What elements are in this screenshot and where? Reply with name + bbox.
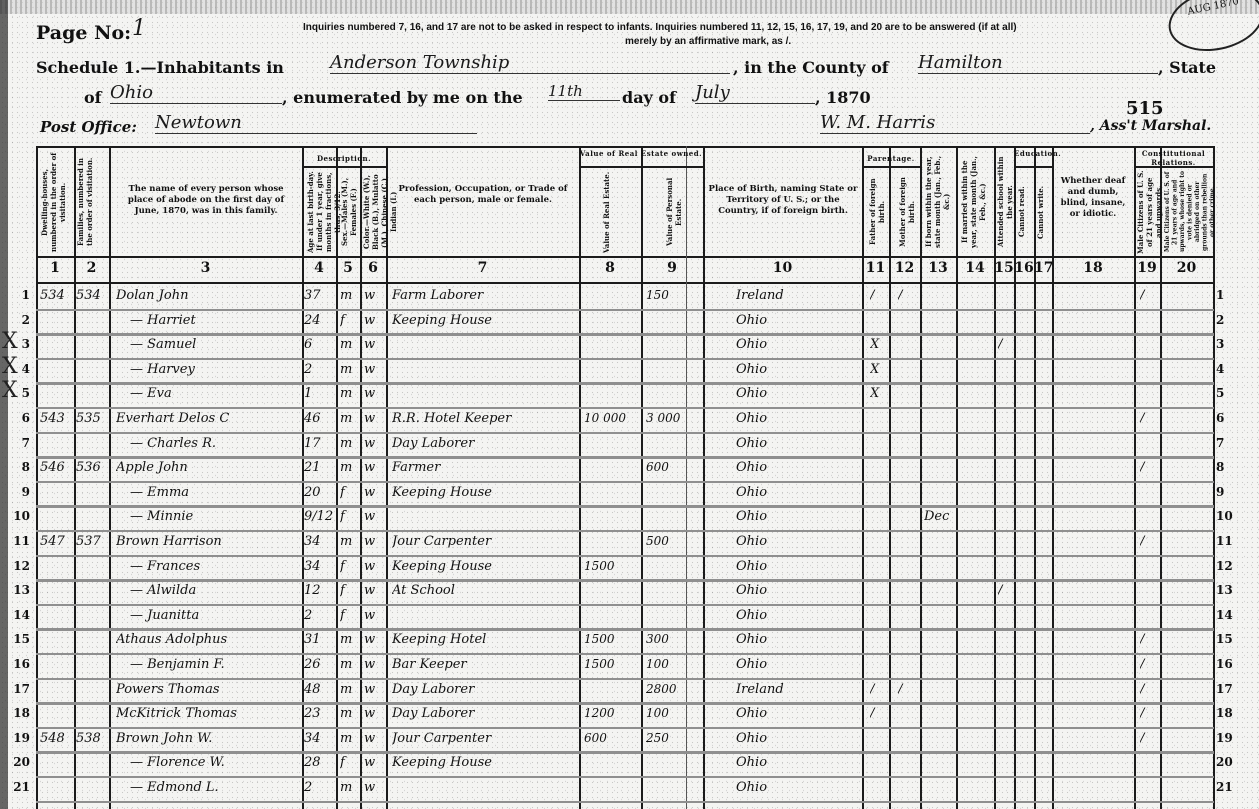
person-name: — Alwilda: [116, 583, 314, 598]
stamp-text: AUG 1870: [1186, 0, 1239, 18]
birthplace: Ohio: [736, 313, 860, 328]
post-office-label: Post Office:: [40, 118, 137, 136]
real-estate-value: 1500: [584, 632, 640, 646]
age: 34: [304, 559, 334, 574]
table-row: 33X— Samuel6mwOhioX/: [36, 335, 1214, 360]
col-num-8: 8: [579, 260, 641, 276]
table-row: 22— Harriet24fwKeeping HouseOhio: [36, 311, 1214, 336]
line-number-right: 1: [1216, 288, 1244, 302]
county-label: , in the County of: [733, 58, 889, 77]
personal-estate-value: 100: [646, 657, 700, 671]
age: 48: [304, 682, 334, 697]
state-field: Ohio: [110, 82, 282, 104]
color: w: [364, 731, 384, 746]
age: 12: [304, 583, 334, 598]
line-number: 1: [8, 288, 30, 302]
line-number-right: 14: [1216, 608, 1244, 622]
line-number: 21: [8, 780, 30, 794]
line-number: 8: [8, 460, 30, 474]
col-num-3: 3: [109, 260, 302, 276]
col-num-4: 4: [302, 260, 336, 276]
person-name: — Florence W.: [116, 755, 314, 770]
line-number: 18: [8, 706, 30, 720]
person-name: Apple John: [116, 460, 300, 475]
birthplace: Ohio: [736, 534, 860, 549]
mother-foreign-mark: /: [898, 288, 916, 303]
birthplace: Ohio: [736, 436, 860, 451]
personal-estate-value: 100: [646, 706, 700, 720]
census-table: Description. Value of Real Estate owned.…: [36, 146, 1214, 809]
color: w: [364, 632, 384, 647]
citizen-mark: /: [1140, 411, 1158, 426]
occupation: Day Laborer: [392, 436, 578, 451]
sex: f: [340, 559, 358, 574]
day-field: 11th: [548, 82, 620, 101]
line-number: 2: [8, 313, 30, 327]
line-number: 19: [8, 731, 30, 745]
table-row: 88546536Apple John21mwFarmer600Ohio/: [36, 458, 1214, 483]
col-num-9: 9: [641, 260, 703, 276]
age: 34: [304, 731, 334, 746]
page-number-label: Page No:: [36, 22, 131, 44]
line-number-right: 8: [1216, 460, 1244, 474]
sex: f: [340, 313, 358, 328]
father-foreign-mark: /: [870, 288, 888, 303]
table-top-border: [36, 146, 1214, 148]
occupation: Keeping House: [392, 313, 578, 328]
header-divider: [36, 256, 1214, 258]
age: 21: [304, 460, 334, 475]
personal-estate-value: 600: [646, 460, 700, 474]
page-number-value: 1: [132, 16, 146, 41]
sex: m: [340, 534, 358, 549]
age: 46: [304, 411, 334, 426]
occupation: Jour Carpenter: [392, 534, 578, 549]
group-underline: [1014, 166, 1052, 168]
col-header-14: If married within the year, state month …: [960, 152, 990, 252]
age: 2: [304, 780, 334, 795]
birthplace: Ohio: [736, 583, 860, 598]
school-mark: /: [998, 337, 1012, 352]
color: w: [364, 780, 384, 795]
age: 37: [304, 288, 334, 303]
birthplace: Ohio: [736, 485, 860, 500]
birthplace: Ohio: [736, 780, 860, 795]
family-number: 535: [76, 411, 108, 426]
occupation: Day Laborer: [392, 706, 578, 721]
schedule-label: Schedule 1.—Inhabitants in: [36, 58, 284, 77]
dwelling-number: 543: [40, 411, 74, 426]
age: 2: [304, 362, 334, 377]
person-name: — Samuel: [116, 337, 314, 352]
sex: m: [340, 731, 358, 746]
table-row: 2020— Florence W.28fwKeeping HouseOhio: [36, 753, 1214, 778]
born-month: Dec: [924, 509, 954, 524]
color: w: [364, 755, 384, 770]
col-header-16: Cannot read.: [1017, 170, 1031, 254]
line-check-mark: X: [2, 354, 18, 379]
col-num-14: 14: [956, 260, 994, 276]
col-header-15: Attended school within the year.: [996, 152, 1012, 252]
inquiry-notice-2: merely by an affirmative mark, as /.: [625, 36, 791, 47]
line-check-mark: X: [2, 378, 18, 403]
col-header-11: Father of foreign birth.: [868, 170, 884, 254]
father-foreign-mark: X: [870, 337, 888, 352]
group-underline: [579, 166, 703, 168]
line-number: 9: [8, 485, 30, 499]
family-number: 538: [76, 731, 108, 746]
sex: m: [340, 780, 358, 795]
col-header-7: Profession, Occupation, or Trade of each…: [398, 184, 568, 206]
age: 2: [304, 608, 334, 623]
col-num-5: 5: [336, 260, 360, 276]
birthplace: Ireland: [736, 288, 860, 303]
sex: m: [340, 706, 358, 721]
line-number: 15: [8, 632, 30, 646]
col-num-20: 20: [1160, 260, 1213, 276]
col-header-5: Sex.—Males (M.), Females (F.): [340, 170, 358, 254]
age: 17: [304, 436, 334, 451]
col-num-1: 1: [36, 260, 74, 276]
line-number-right: 13: [1216, 583, 1244, 597]
sex: f: [340, 485, 358, 500]
line-number-right: 20: [1216, 755, 1244, 769]
col-num-12: 12: [889, 260, 920, 276]
col-num-10: 10: [703, 260, 862, 276]
real-estate-value: 10 000: [584, 411, 640, 425]
person-name: Dolan John: [116, 288, 300, 303]
dwelling-number: 534: [40, 288, 74, 303]
age: 31: [304, 632, 334, 647]
received-stamp: AUG 1870: [1163, 0, 1259, 59]
personal-estate-value: 3 000: [646, 411, 700, 425]
table-row: 1212— Frances34fwKeeping House1500Ohio: [36, 557, 1214, 582]
col-header-19: Male Citizens of U. S. of 21 years of ag…: [1136, 170, 1158, 254]
personal-estate-value: 300: [646, 632, 700, 646]
line-number-right: 6: [1216, 411, 1244, 425]
col-header-6: Color.—White (W.), Black (B.), Mulatto (…: [362, 170, 384, 254]
birthplace: Ohio: [736, 706, 860, 721]
marshal-label: , Ass't Marshal.: [1090, 118, 1211, 134]
person-name: Athaus Adolphus: [116, 632, 300, 647]
dwelling-number: 546: [40, 460, 74, 475]
color: w: [364, 313, 384, 328]
line-number-right: 12: [1216, 559, 1244, 573]
month-field: July: [695, 82, 815, 104]
scan-top-edge: [0, 0, 1259, 14]
birthplace: Ohio: [736, 559, 860, 574]
person-name: — Benjamin F.: [116, 657, 314, 672]
sex: m: [340, 411, 358, 426]
citizen-mark: /: [1140, 534, 1158, 549]
line-number: 7: [8, 436, 30, 450]
citizen-mark: /: [1140, 682, 1158, 697]
row-divider: [36, 801, 1214, 804]
citizen-mark: /: [1140, 731, 1158, 746]
age: 1: [304, 386, 334, 401]
line-number-right: 16: [1216, 657, 1244, 671]
birthplace: Ireland: [736, 682, 860, 697]
col-header-3: The name of every person whose place of …: [120, 184, 292, 217]
birthplace: Ohio: [736, 362, 860, 377]
dwelling-number: 547: [40, 534, 74, 549]
age: 6: [304, 337, 334, 352]
color: w: [364, 509, 384, 524]
col-header-9: Value of Personal Estate.: [665, 170, 681, 254]
line-number-right: 15: [1216, 632, 1244, 646]
line-number-right: 9: [1216, 485, 1244, 499]
occupation: Keeping Hotel: [392, 632, 578, 647]
personal-estate-value: 500: [646, 534, 700, 548]
birthplace: Ohio: [736, 731, 860, 746]
table-row: 66543535Everhart Delos C46mwR.R. Hotel K…: [36, 409, 1214, 434]
line-number-right: 21: [1216, 780, 1244, 794]
line-number: 14: [8, 608, 30, 622]
age: 28: [304, 755, 334, 770]
age: 24: [304, 313, 334, 328]
color: w: [364, 657, 384, 672]
father-foreign-mark: /: [870, 682, 888, 697]
line-number: 6: [8, 411, 30, 425]
person-name: Powers Thomas: [116, 682, 300, 697]
occupation: Keeping House: [392, 755, 578, 770]
birthplace: Ohio: [736, 337, 860, 352]
color: w: [364, 386, 384, 401]
person-name: — Emma: [116, 485, 314, 500]
person-name: — Eva: [116, 386, 314, 401]
table-row: 1717Powers Thomas48mwDay Laborer2800Irel…: [36, 680, 1214, 705]
occupation: Day Laborer: [392, 682, 578, 697]
sex: f: [340, 755, 358, 770]
col-header-2: Families, numbered in the order of visit…: [76, 152, 106, 252]
col-num-7: 7: [386, 260, 579, 276]
color: w: [364, 436, 384, 451]
sex: m: [340, 288, 358, 303]
occupation: Jour Carpenter: [392, 731, 578, 746]
birthplace: Ohio: [736, 460, 860, 475]
color: w: [364, 682, 384, 697]
post-office-field: Newtown: [155, 112, 477, 134]
township-field: Anderson Township: [330, 52, 730, 74]
person-name: — Charles R.: [116, 436, 314, 451]
real-estate-value: 600: [584, 731, 640, 745]
group-real-estate: Value of Real Estate owned.: [579, 149, 703, 158]
sex: m: [340, 386, 358, 401]
color: w: [364, 337, 384, 352]
color: w: [364, 559, 384, 574]
col-header-18: Whether deaf and dumb, blind, insane, or…: [1056, 176, 1130, 220]
col-header-8: Value of Real Estate.: [602, 170, 618, 254]
page-stamp-number: 515: [1126, 98, 1164, 119]
personal-estate-value: 2800: [646, 682, 700, 696]
father-foreign-mark: X: [870, 386, 888, 401]
line-number: 11: [8, 534, 30, 548]
line-number-right: 2: [1216, 313, 1244, 327]
dwelling-number: 548: [40, 731, 74, 746]
person-name: — Juanitta: [116, 608, 314, 623]
line-number-right: 5: [1216, 386, 1244, 400]
table-row: 2121— Edmond L.2mwOhio: [36, 778, 1214, 803]
person-name: — Frances: [116, 559, 314, 574]
sex: m: [340, 682, 358, 697]
line-number-right: 11: [1216, 534, 1244, 548]
table-row: 55X— Eva1mwOhioX: [36, 384, 1214, 409]
father-foreign-mark: /: [870, 706, 888, 721]
scan-left-edge: [0, 0, 8, 809]
col-num-6: 6: [360, 260, 386, 276]
birthplace: Ohio: [736, 755, 860, 770]
enumerated-label: , enumerated by me on the: [282, 88, 523, 107]
table-row: 1515Athaus Adolphus31mwKeeping Hotel1500…: [36, 630, 1214, 655]
group-description: Description.: [302, 154, 386, 163]
person-name: — Harriet: [116, 313, 314, 328]
line-number: 20: [8, 755, 30, 769]
col-num-18: 18: [1052, 260, 1134, 276]
line-number-right: 7: [1216, 436, 1244, 450]
mother-foreign-mark: /: [898, 682, 916, 697]
person-name: Brown John W.: [116, 731, 300, 746]
col-num-19: 19: [1134, 260, 1160, 276]
col-header-10: Place of Birth, naming State or Territor…: [708, 184, 858, 217]
sex: f: [340, 509, 358, 524]
col-header-1: Dwelling-houses, numbered in the order o…: [40, 152, 70, 252]
col-num-16: 16: [1014, 260, 1034, 276]
col-num-17: 17: [1034, 260, 1052, 276]
line-number-right: 19: [1216, 731, 1244, 745]
line-number-right: 17: [1216, 682, 1244, 696]
group-underline: [302, 166, 386, 168]
age: 34: [304, 534, 334, 549]
color: w: [364, 583, 384, 598]
age: 26: [304, 657, 334, 672]
line-number: 10: [8, 509, 30, 523]
color: w: [364, 460, 384, 475]
line-number-right: 3: [1216, 337, 1244, 351]
table-row: 1111547537Brown Harrison34mwJour Carpent…: [36, 532, 1214, 557]
table-row: 1616— Benjamin F.26mwBar Keeper1500100Oh…: [36, 655, 1214, 680]
occupation: Keeping House: [392, 559, 578, 574]
col-header-17: Cannot write.: [1036, 170, 1050, 254]
person-name: — Edmond L.: [116, 780, 314, 795]
color: w: [364, 706, 384, 721]
table-row: 44X— Harvey2mwOhioX: [36, 360, 1214, 385]
real-estate-value: 1500: [584, 559, 640, 573]
group-education: Education.: [1014, 149, 1052, 158]
group-underline: [862, 166, 920, 168]
col-header-4: Age at last birth-day. If under 1 year, …: [306, 170, 334, 254]
col-num-2: 2: [74, 260, 109, 276]
family-number: 534: [76, 288, 108, 303]
group-constitutional: Constitutional Relations.: [1134, 149, 1213, 167]
citizen-mark: /: [1140, 706, 1158, 721]
table-row: 1313— Alwilda12fwAt SchoolOhio/: [36, 581, 1214, 606]
color: w: [364, 608, 384, 623]
age: 20: [304, 485, 334, 500]
occupation: Bar Keeper: [392, 657, 578, 672]
table-row: 77— Charles R.17mwDay LaborerOhio: [36, 434, 1214, 459]
sex: f: [340, 608, 358, 623]
real-estate-value: 1200: [584, 706, 640, 720]
occupation: Keeping House: [392, 485, 578, 500]
state-label: , State: [1158, 58, 1216, 77]
line-number-right: 4: [1216, 362, 1244, 376]
person-name: McKitrick Thomas: [116, 706, 300, 721]
occupation: Farmer: [392, 460, 578, 475]
person-name: Everhart Delos C: [116, 411, 300, 426]
col-header-20: Male Citizens of U. S. of 21 years of ag…: [1164, 170, 1210, 254]
age: 9/12: [304, 509, 334, 524]
citizen-mark: /: [1140, 657, 1158, 672]
person-name: — Minnie: [116, 509, 314, 524]
family-number: 536: [76, 460, 108, 475]
color: w: [364, 485, 384, 500]
birthplace: Ohio: [736, 411, 860, 426]
table-row: 11534534Dolan John37mwFarm Laborer150Ire…: [36, 286, 1214, 311]
line-number: 17: [8, 682, 30, 696]
color: w: [364, 288, 384, 303]
table-row: 99— Emma20fwKeeping HouseOhio: [36, 483, 1214, 508]
citizen-mark: /: [1140, 288, 1158, 303]
table-row: 1010— Minnie9/12fwOhioDec: [36, 507, 1214, 532]
county-field: Hamilton: [918, 52, 1158, 74]
inquiry-notice: Inquiries numbered 7, 16, and 17 are not…: [303, 22, 1017, 33]
line-number: 12: [8, 559, 30, 573]
line-number: 16: [8, 657, 30, 671]
sex: f: [340, 583, 358, 598]
colnum-divider: [36, 282, 1214, 284]
personal-estate-value: 150: [646, 288, 700, 302]
line-number-right: 10: [1216, 509, 1244, 523]
line-check-mark: X: [2, 329, 18, 354]
birthplace: Ohio: [736, 509, 860, 524]
col-num-11: 11: [862, 260, 889, 276]
col-header-13: If born within the year, state month (Ja…: [924, 152, 952, 252]
occupation: R.R. Hotel Keeper: [392, 411, 578, 426]
sex: m: [340, 657, 358, 672]
table-row: 1919548538Brown John W.34mwJour Carpente…: [36, 729, 1214, 754]
table-row: 1818McKitrick Thomas23mwDay Laborer12001…: [36, 704, 1214, 729]
of-label: of: [84, 88, 102, 107]
sex: m: [340, 460, 358, 475]
marshal-signature: W. M. Harris: [820, 112, 1090, 134]
occupation: Farm Laborer: [392, 288, 578, 303]
day-of-label: day of: [622, 88, 676, 107]
father-foreign-mark: X: [870, 362, 888, 377]
person-name: Brown Harrison: [116, 534, 300, 549]
line-number: 13: [8, 583, 30, 597]
family-number: 537: [76, 534, 108, 549]
birthplace: Ohio: [736, 632, 860, 647]
person-name: — Harvey: [116, 362, 314, 377]
color: w: [364, 411, 384, 426]
color: w: [364, 362, 384, 377]
sex: m: [340, 632, 358, 647]
school-mark: /: [998, 583, 1012, 598]
age: 23: [304, 706, 334, 721]
color: w: [364, 534, 384, 549]
col-num-15: 15: [994, 260, 1014, 276]
year-label: , 1870: [815, 88, 871, 107]
citizen-mark: /: [1140, 460, 1158, 475]
sex: m: [340, 436, 358, 451]
col-header-12: Mother of foreign birth.: [898, 170, 914, 254]
birthplace: Ohio: [736, 608, 860, 623]
real-estate-value: 1500: [584, 657, 640, 671]
occupation: At School: [392, 583, 578, 598]
sex: m: [340, 362, 358, 377]
table-row: 1414— Juanitta2fwOhio: [36, 606, 1214, 631]
citizen-mark: /: [1140, 632, 1158, 647]
